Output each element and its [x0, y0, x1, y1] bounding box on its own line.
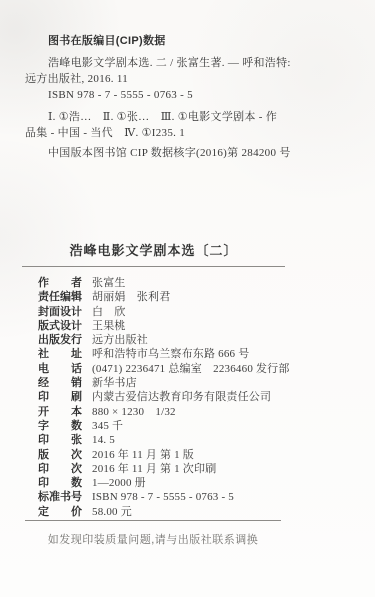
- colophon-row-print-run: 印 数 1—2000 册: [38, 476, 358, 490]
- colophon-row-phone: 电 话 (0471) 2236471 总编室 2236460 发行部: [38, 362, 358, 376]
- row-label: 责任编辑: [38, 290, 88, 304]
- colophon-row-address: 社 址 呼和浩特市乌兰察布东路 666 号: [38, 347, 358, 361]
- colophon-row-word-count: 字 数 345 千: [38, 419, 358, 433]
- row-value: 王果桃: [92, 319, 126, 333]
- colophon-row-printer: 印 刷 内蒙古爱信达教育印务有限责任公司: [38, 390, 358, 404]
- colophon-row-layout-design: 版式设计 王果桃: [38, 319, 358, 333]
- row-label: 印 刷: [38, 390, 88, 404]
- row-value: (0471) 2236471 总编室 2236460 发行部: [92, 362, 290, 376]
- row-label: 印 张: [38, 433, 88, 447]
- row-label: 作 者: [38, 276, 88, 290]
- cip-data-block: 图书在版编目(CIP)数据 浩峰电影文学剧本选. 二 / 张富生著. — 呼和浩…: [25, 33, 325, 161]
- colophon-row-author: 作 者 张富生: [38, 276, 358, 290]
- row-value: 1—2000 册: [92, 476, 146, 490]
- colophon-row-publisher: 出版发行 远方出版社: [38, 333, 358, 347]
- row-label: 印 数: [38, 476, 88, 490]
- cip-header: 图书在版编目(CIP)数据: [25, 33, 325, 49]
- colophon-row-format: 开 本 880 × 1230 1/32: [38, 405, 358, 419]
- row-value: 345 千: [92, 419, 123, 433]
- row-value: 呼和浩特市乌兰察布东路 666 号: [92, 347, 249, 361]
- bottom-divider-line: [25, 520, 281, 521]
- colophon-row-impression: 印 次 2016 年 11 月 第 1 次印刷: [38, 462, 358, 476]
- title-divider-line: [22, 266, 285, 267]
- row-label: 电 话: [38, 362, 88, 376]
- row-label: 字 数: [38, 419, 88, 433]
- colophon-row-edition: 版 次 2016 年 11 月 第 1 版: [38, 448, 358, 462]
- quality-note: 如发现印装质量问题,请与出版社联系调换: [13, 531, 293, 547]
- cip-entry-line2: 远方出版社, 2016. 11: [25, 71, 325, 87]
- row-value: 2016 年 11 月 第 1 版: [92, 448, 194, 462]
- colophon-row-distribution: 经 销 新华书店: [38, 376, 358, 390]
- colophon-row-sheets: 印 张 14. 5: [38, 433, 358, 447]
- row-value: 新华书店: [92, 376, 137, 390]
- row-label: 社 址: [38, 347, 88, 361]
- row-label: 版 次: [38, 448, 88, 462]
- row-label: 版式设计: [38, 319, 88, 333]
- colophon-row-editor: 责任编辑 胡丽娟 张利君: [38, 290, 358, 304]
- cip-class-line1: Ⅰ. ①浩… Ⅱ. ①张… Ⅲ. ①电影文学剧本 - 作: [25, 109, 325, 125]
- row-label: 定 价: [38, 505, 88, 519]
- row-label: 出版发行: [38, 333, 88, 347]
- colophon-table: 作 者 张富生 责任编辑 胡丽娟 张利君 封面设计 白 欣 版式设计 王果桃 出…: [38, 276, 358, 519]
- cip-isbn-line: ISBN 978 - 7 - 5555 - 0763 - 5: [25, 87, 325, 103]
- row-value: 白 欣: [92, 305, 126, 319]
- row-label: 封面设计: [38, 305, 88, 319]
- row-value: 58.00 元: [92, 505, 132, 519]
- book-title: 浩峰电影文学剧本选〔二〕: [22, 240, 285, 259]
- row-value: 胡丽娟 张利君: [92, 290, 170, 304]
- colophon-row-price: 定 价 58.00 元: [38, 505, 358, 519]
- row-value: 880 × 1230 1/32: [92, 405, 176, 419]
- row-value: 张富生: [92, 276, 126, 290]
- cip-entry-line1: 浩峰电影文学剧本选. 二 / 张富生著. — 呼和浩特:: [25, 55, 325, 71]
- row-value: 远方出版社: [92, 333, 148, 347]
- row-label: 印 次: [38, 462, 88, 476]
- row-label: 标准书号: [38, 490, 88, 504]
- row-label: 经 销: [38, 376, 88, 390]
- cip-class-line2: 品集 - 中国 - 当代 Ⅳ. ①I235. 1: [25, 125, 325, 141]
- row-value: 14. 5: [92, 433, 115, 447]
- row-value: 内蒙古爱信达教育印务有限责任公司: [92, 390, 271, 404]
- row-label: 开 本: [38, 405, 88, 419]
- colophon-row-isbn: 标准书号 ISBN 978 - 7 - 5555 - 0763 - 5: [38, 490, 358, 504]
- row-value: 2016 年 11 月 第 1 次印刷: [92, 462, 216, 476]
- colophon-row-cover-design: 封面设计 白 欣: [38, 305, 358, 319]
- copyright-page: 图书在版编目(CIP)数据 浩峰电影文学剧本选. 二 / 张富生著. — 呼和浩…: [0, 0, 375, 597]
- row-value: ISBN 978 - 7 - 5555 - 0763 - 5: [92, 490, 234, 504]
- cip-record-line: 中国版本图书馆 CIP 数据核字(2016)第 284200 号: [25, 145, 325, 161]
